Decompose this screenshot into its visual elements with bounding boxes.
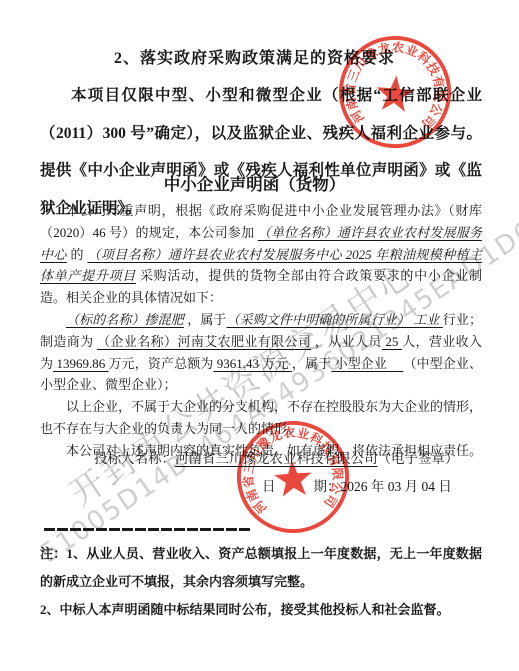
company-seal-bottom: 河南省三川豫龙农业科技有限公司	[230, 414, 356, 540]
employees-field: 25	[382, 334, 402, 349]
seal-star-icon	[375, 74, 415, 113]
text-run: 万元，资产总额为	[109, 356, 214, 371]
fill-in-line	[44, 528, 250, 531]
revenue-field: 13969.86	[53, 356, 108, 371]
enterprise-size-field: 小型企业	[331, 356, 403, 371]
letter-title: 中小企业声明函（货物）	[0, 171, 509, 195]
bidder-label: 投标人名称：	[94, 451, 175, 466]
text-run: 的	[67, 247, 88, 262]
notes-block: 注：1、从业人员、营业收入、资产总额填报上一年度数据，无上一年度数据的新成立企业…	[40, 540, 482, 624]
paragraph-project: 本公司郑重声明，根据《政府采购促进中小企业发展管理办法》（财库（2020）46 …	[40, 200, 482, 309]
assets-field: 9361.43 万元	[213, 356, 292, 371]
manufacturer-name-field: （企业名称）河南艾农肥业有限公司	[97, 334, 311, 349]
text-run: ，属于	[292, 356, 331, 371]
seal-star-icon	[273, 459, 313, 497]
subject-name-field: （标的名称）掺混肥	[66, 312, 184, 327]
date-value: 2026 年 03 月 04 日	[341, 479, 452, 494]
text-run: ，属于	[184, 312, 227, 327]
industry-field: （采购文件中明确的所属行业） 工业	[227, 312, 443, 327]
note-line-2: 2、中标人本声明函随中标结果同时公布，接受其他投标人和社会监督。	[40, 596, 482, 624]
text-run: ，从业人员	[311, 334, 382, 349]
note-line-1: 注：1、从业人员、营业收入、资产总额填报上一年度数据，无上一年度数据的新成立企业…	[40, 540, 482, 596]
company-seal-top: 河南省三川豫龙农业科技有限公司	[331, 28, 459, 156]
paragraph-manufacturer: （标的名称）掺混肥 ，属于（采购文件中明确的所属行业） 工业 行业；制造商为 （…	[40, 309, 482, 396]
declaration-document-page: 开封市公共资源交易中心 51005D14B8464A54936021345EAD…	[0, 0, 519, 671]
esign-suffix: （电子签章）	[378, 451, 459, 466]
